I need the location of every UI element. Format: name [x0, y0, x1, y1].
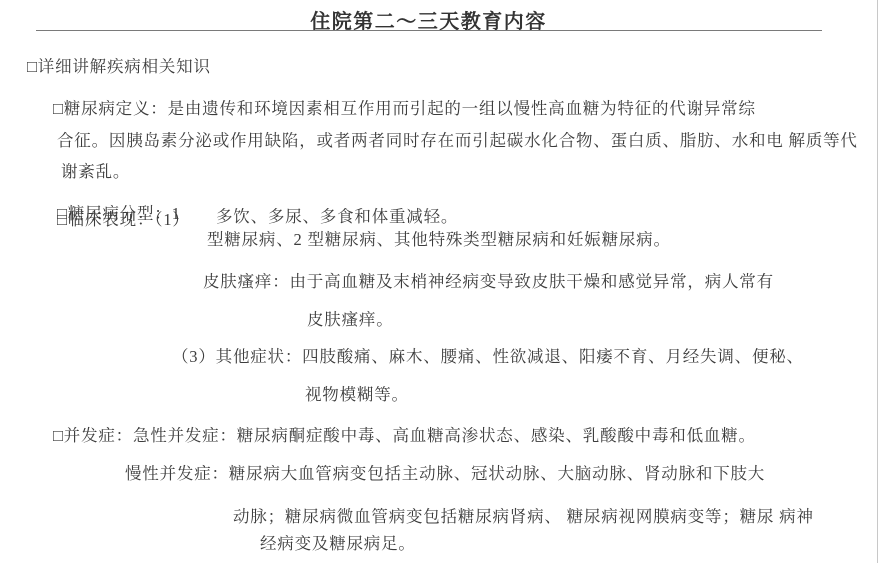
page-right-border: [877, 0, 878, 563]
symptom-pruritus-line-1: 皮肤瘙痒：由于高血糖及末梢神经病变导致皮肤干燥和感觉异常，病人常有: [203, 268, 774, 292]
definition-line-3: 谢紊乱。: [61, 158, 130, 182]
symptom-polyphagia-line: 多饮、多尿、多食和体重减轻。: [216, 203, 458, 227]
complication-chronic-line-3: 经病变及糖尿病足。: [260, 530, 416, 554]
document-page: 住院第二～三天教育内容 □详细讲解疾病相关知识 □糖尿病定义：是由遗传和环境因素…: [0, 0, 884, 563]
complication-acute-line: □并发症：急性并发症：糖尿病酮症酸中毒、高血糖高渗状态、感染、乳酸酸中毒和低血糖…: [53, 422, 756, 446]
definition-line-2: 合征。因胰岛素分泌或作用缺陷，或者两者同时存在而引起碳水化合物、蛋白质、脂肪、水…: [57, 127, 858, 151]
title-underline-rule: [36, 30, 822, 31]
section-heading-knowledge: □详细讲解疾病相关知识: [27, 53, 211, 77]
symptom-other-line-2: 视物模糊等。: [305, 381, 409, 405]
clinical-manifestation-heading-overlapped-lower: □临床表现：（1）: [57, 206, 190, 230]
symptom-other-line-1: （3）其他症状：四肢酸痛、麻木、腰痛、性欲减退、阳痿不育、月经失调、便秘、: [172, 343, 804, 367]
definition-line-1: □糖尿病定义：是由遗传和环境因素相互作用而引起的一组以慢性高血糖为特征的代谢异常…: [53, 95, 756, 119]
complication-chronic-line-2: 动脉；糖尿病微血管病变包括糖尿病肾病、 糖尿病视网膜病变等；糖尿 病神: [233, 503, 814, 527]
typing-continuation-line: 型糖尿病、2 型糖尿病、其他特殊类型糖尿病和妊娠糖尿病。: [207, 226, 671, 250]
symptom-pruritus-line-2: 皮肤瘙痒。: [307, 306, 394, 330]
complication-chronic-line-1: 慢性并发症：糖尿病大血管病变包括主动脉、冠状动脉、大脑动脉、肾动脉和下肢大: [125, 460, 765, 484]
